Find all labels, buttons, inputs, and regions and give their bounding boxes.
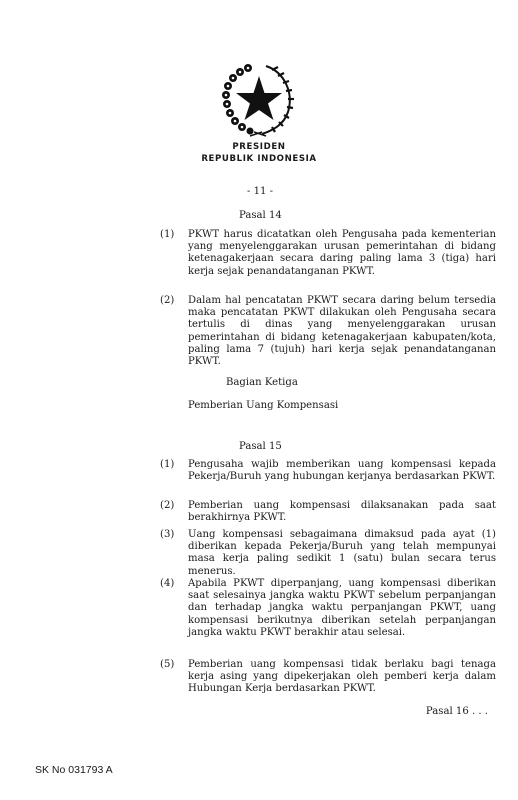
pasal-15-item-3: (3) Uang kompensasi sebagaimana dimaksud… bbox=[160, 529, 496, 578]
garuda-star-emblem-icon bbox=[218, 58, 298, 138]
page-number: - 11 - bbox=[210, 186, 310, 198]
pasal-15-item-4: (4) Apabila PKWT diperpanjang, uang komp… bbox=[160, 578, 496, 639]
item-number: (1) bbox=[160, 459, 188, 483]
item-number: (3) bbox=[160, 529, 188, 578]
header-presiden: PRESIDEN bbox=[0, 142, 518, 152]
pasal-14-item-1: (1) PKWT harus dicatatkan oleh Pengusaha… bbox=[160, 229, 496, 278]
pasal-14-item-2: (2) Dalam hal pencatatan PKWT secara dar… bbox=[160, 295, 496, 368]
section-title: Bagian Ketiga bbox=[226, 377, 298, 389]
item-text: Dalam hal pencatatan PKWT secara daring … bbox=[188, 295, 496, 368]
item-number: (4) bbox=[160, 578, 188, 639]
pasal-15-item-2: (2) Pemberian uang kompensasi dilaksanak… bbox=[160, 500, 496, 524]
item-number: (5) bbox=[160, 659, 188, 696]
item-number: (2) bbox=[160, 295, 188, 368]
continuation-marker: Pasal 16 . . . bbox=[426, 706, 488, 718]
item-text: Pemberian uang kompensasi dilaksanakan p… bbox=[188, 500, 496, 524]
item-text: PKWT harus dicatatkan oleh Pengusaha pad… bbox=[188, 229, 496, 278]
item-number: (2) bbox=[160, 500, 188, 524]
pasal-15-item-1: (1) Pengusaha wajib memberikan uang komp… bbox=[160, 459, 496, 483]
item-text: Apabila PKWT diperpanjang, uang kompensa… bbox=[188, 578, 496, 639]
pasal-14-title: Pasal 14 bbox=[239, 210, 282, 222]
section-subtitle: Pemberian Uang Kompensasi bbox=[188, 400, 338, 412]
document-serial-number: SK No 031793 A bbox=[35, 764, 113, 776]
header-republik-indonesia: REPUBLIK INDONESIA bbox=[0, 154, 518, 164]
pasal-15-title: Pasal 15 bbox=[239, 441, 282, 453]
item-text: Uang kompensasi sebagaimana dimaksud pad… bbox=[188, 529, 496, 578]
item-number: (1) bbox=[160, 229, 188, 278]
pasal-15-item-5: (5) Pemberian uang kompensasi tidak berl… bbox=[160, 659, 496, 696]
item-text: Pemberian uang kompensasi tidak berlaku … bbox=[188, 659, 496, 696]
item-text: Pengusaha wajib memberikan uang kompensa… bbox=[188, 459, 496, 483]
